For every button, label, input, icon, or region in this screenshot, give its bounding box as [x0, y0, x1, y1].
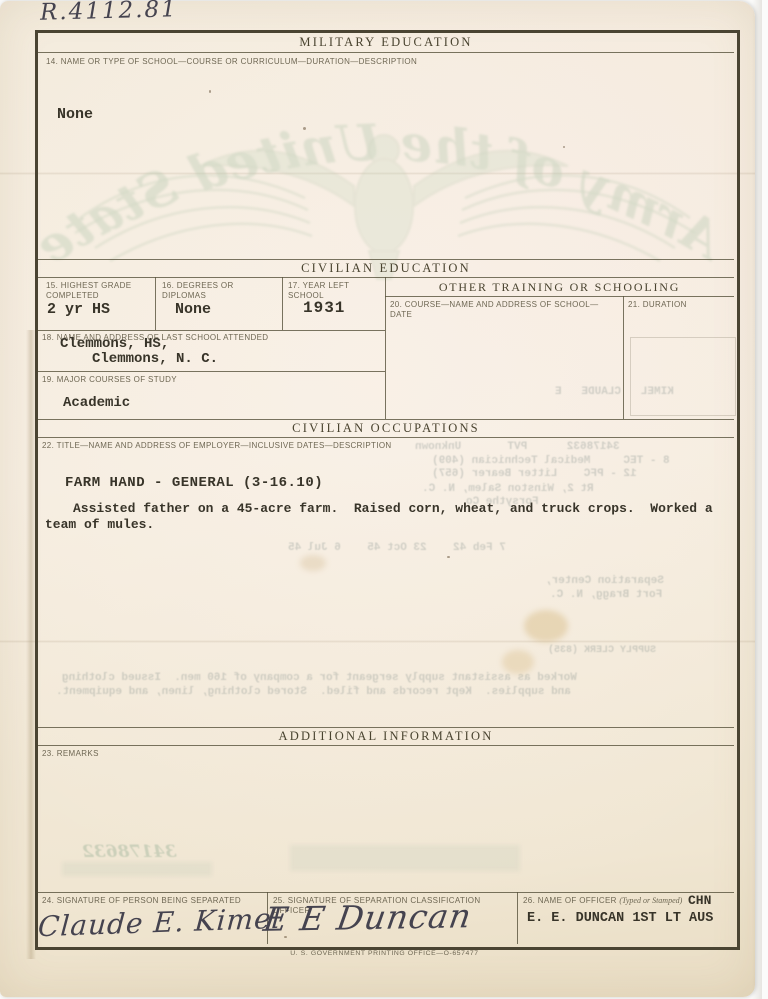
stain	[502, 650, 534, 674]
rule	[38, 727, 734, 728]
field-22-description: Assisted father on a 45-acre farm. Raise…	[45, 501, 737, 532]
field-23-label: 23. REMARKS	[42, 749, 99, 759]
column-divider	[623, 296, 624, 419]
rule	[385, 296, 734, 297]
paper-right-edge-shading	[752, 0, 762, 999]
bleedthrough-fragment: 8 - TEC Medical Technician (409)	[432, 455, 670, 467]
field-26-annotation: CHN	[688, 893, 711, 908]
signature-separation-classification-officer: E E Duncan	[261, 896, 475, 939]
bleedthrough-fragment: Fort Bragg, N. C.	[550, 589, 662, 601]
bleedthrough-smudge	[290, 845, 520, 871]
field-17-value: 1931	[303, 299, 345, 317]
handwritten-archive-number: R.4112.81	[40, 0, 178, 26]
speck	[447, 556, 450, 558]
stain	[524, 610, 568, 642]
field-14-label: 14. NAME OR TYPE OF SCHOOL—COURSE OR CUR…	[46, 57, 417, 67]
column-divider	[155, 277, 156, 330]
stain	[300, 555, 326, 571]
rule	[38, 437, 734, 438]
bleedthrough-fragment: 12 - PFC Litter Bearer (657)	[432, 468, 637, 480]
field-15-value: 2 yr HS	[47, 301, 110, 318]
speck	[284, 936, 287, 938]
bleedthrough-box-outline	[630, 337, 736, 416]
bleedthrough-fragment: and supplies. Kept records and filed. St…	[56, 686, 571, 698]
section-title-additional-information: ADDITIONAL INFORMATION	[38, 729, 734, 744]
field-18-value-line2: Clemmons, N. C.	[92, 351, 218, 367]
field-26-label-note: (Typed or Stamped)	[619, 896, 682, 905]
field-16-value: None	[175, 301, 211, 318]
field-15-label: 15. HIGHEST GRADE COMPLETED	[46, 281, 150, 300]
section-title-civilian-education: CIVILIAN EDUCATION	[38, 261, 734, 276]
rule	[38, 330, 385, 331]
field-17-label: 17. YEAR LEFT SCHOOL	[288, 281, 366, 300]
field-22-title: FARM HAND - GENERAL (3-16.10)	[65, 475, 323, 491]
bleedthrough-smudge	[62, 862, 212, 876]
speck	[209, 90, 211, 93]
bleedthrough-fragment: SUPPLY CLERK (835)	[548, 645, 656, 656]
field-26-label: 26. NAME OF OFFICER (Typed or Stamped)	[523, 896, 713, 906]
rule	[38, 892, 734, 893]
bleedthrough-fragment: Forsythe Co	[466, 496, 539, 508]
column-divider	[385, 277, 386, 419]
bleedthrough-fragment: Worked as assistant supply sergeant for …	[62, 672, 577, 684]
field-20-label: 20. COURSE—NAME AND ADDRESS OF SCHOOL—DA…	[390, 300, 618, 319]
field-19-value: Academic	[63, 395, 130, 411]
speck	[303, 127, 306, 130]
scanned-form: Army of the United States R.4112.81 MILI…	[0, 0, 768, 999]
section-title-civilian-occupations: CIVILIAN OCCUPATIONS	[38, 421, 734, 436]
field-22-label: 22. TITLE—NAME AND ADDRESS OF EMPLOYER—I…	[42, 441, 392, 451]
speck	[563, 146, 565, 148]
field-16-label: 16. DEGREES OR DIPLOMAS	[162, 281, 280, 300]
rule	[38, 419, 734, 420]
bleedthrough-stamp-number: 34178632	[82, 842, 177, 862]
field-18-value-line1: Clemmons, HS,	[60, 336, 169, 352]
bleedthrough-fragment: 7 Feb 42 23 Oct 45 6 Jul 45	[288, 542, 506, 554]
bleedthrough-fragment: Separation Center,	[545, 575, 664, 587]
field-14-value: None	[57, 106, 93, 123]
rule	[38, 52, 734, 53]
column-divider	[517, 892, 518, 944]
bleedthrough-fragment: 34178632 PVT Unknown	[415, 441, 620, 453]
field-21-label: 21. DURATION	[628, 300, 728, 310]
section-title-other-training: OTHER TRAINING OR SCHOOLING	[385, 280, 734, 295]
rule	[38, 259, 734, 260]
section-title-military-education: MILITARY EDUCATION	[38, 35, 734, 50]
bleedthrough-fragment: Rt 2, Winston Salem, N. C.	[422, 483, 594, 495]
field-19-label: 19. MAJOR COURSES OF STUDY	[42, 375, 177, 385]
rule	[38, 277, 734, 278]
printing-office-footer: U. S. GOVERNMENT PRINTING OFFICE—O-65747…	[35, 950, 734, 957]
field-26-officer-name: E. E. DUNCAN 1ST LT AUS	[527, 911, 713, 926]
rule	[38, 745, 734, 746]
column-divider	[282, 277, 283, 330]
rule	[38, 371, 385, 372]
